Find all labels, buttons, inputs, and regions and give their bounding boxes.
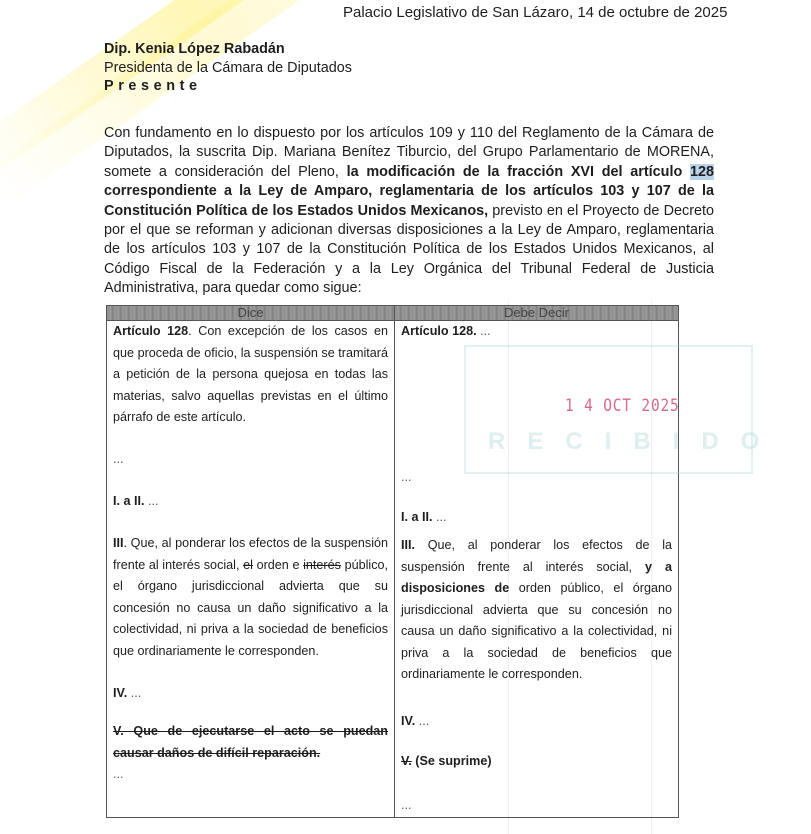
fraction-iv: IV. ...	[113, 683, 388, 721]
ellipsis: ...	[477, 324, 491, 338]
suppressed-note: (Se suprime)	[412, 754, 492, 768]
ellipsis: ...	[401, 795, 672, 817]
article-label: Artículo 128.	[401, 324, 477, 338]
fraction-v: V. (Se suprime)	[401, 751, 672, 795]
ellipsis: ...	[415, 714, 429, 728]
fraction-label: III.	[401, 538, 415, 552]
fraction-iii: III. Que, al ponderar los efectos de la …	[113, 533, 388, 683]
fraction-text: Que, al ponderar los efectos de la suspe…	[401, 538, 672, 574]
stamp-date: 1 4 OCT 2025	[565, 396, 680, 416]
fraction-label: I. a II.	[401, 510, 433, 524]
article-label: Artículo 128	[113, 324, 188, 338]
fraction-label: IV.	[401, 714, 415, 728]
stamp-received: RECIBIDO	[488, 428, 781, 456]
struck-text: el	[243, 558, 253, 572]
struck-text: interés	[303, 558, 341, 572]
fraction-i-ii: I. a II. ...	[113, 491, 388, 533]
place-date: Palacio Legislativo de San Lázaro, 14 de…	[343, 4, 727, 21]
header-dice: Dice	[107, 306, 395, 321]
selected-text[interactable]: 128	[690, 164, 714, 180]
intro-paragraph: Con fundamento en lo dispuesto por los a…	[104, 124, 714, 299]
fraction-iii: III. Que, al ponderar los efectos de la …	[401, 535, 672, 711]
fraction-label: I. a II.	[113, 494, 145, 508]
fraction-text: orden público, el órgano jurisdiccional …	[401, 581, 672, 681]
fraction-v-struck: V. Que de ejecutarse el acto se puedan c…	[113, 721, 388, 764]
ellipsis: ...	[127, 686, 141, 700]
struck-text: V.	[401, 754, 412, 768]
comparison-table: Dice Debe Decir Artículo 128. Con excepc…	[106, 305, 679, 818]
ellipsis: ...	[145, 494, 159, 508]
column-debe-decir: Artículo 128. ... ... I. a II. ... III. …	[395, 321, 679, 818]
salutation: Presente	[104, 77, 352, 96]
ellipsis: ...	[401, 467, 672, 507]
header-debe-decir: Debe Decir	[395, 306, 679, 321]
fraction-label: III	[113, 536, 124, 550]
article-text: Artículo 128. Con excepción de los casos…	[113, 321, 388, 449]
addressee-name: Dip. Kenia López Rabadán	[104, 40, 352, 59]
article-body: . Con excepción de los casos en que proc…	[113, 324, 388, 424]
fraction-text: público, el órgano jurisdiccional advier…	[113, 558, 388, 658]
intro-bold: la modificación de la fracción XVI del a…	[347, 164, 690, 180]
addressee-title: Presidenta de la Cámara de Diputados	[104, 59, 352, 78]
column-dice: Artículo 128. Con excepción de los casos…	[107, 321, 395, 818]
ellipsis: ...	[113, 764, 388, 786]
fraction-i-ii: I. a II. ...	[401, 507, 672, 535]
fraction-label: IV.	[113, 686, 127, 700]
ellipsis: ...	[433, 510, 447, 524]
addressee-block: Dip. Kenia López Rabadán Presidenta de l…	[104, 40, 352, 96]
fraction-iv: IV. ...	[401, 711, 672, 751]
fraction-text: orden e	[253, 558, 303, 572]
ellipsis: ...	[113, 449, 388, 491]
